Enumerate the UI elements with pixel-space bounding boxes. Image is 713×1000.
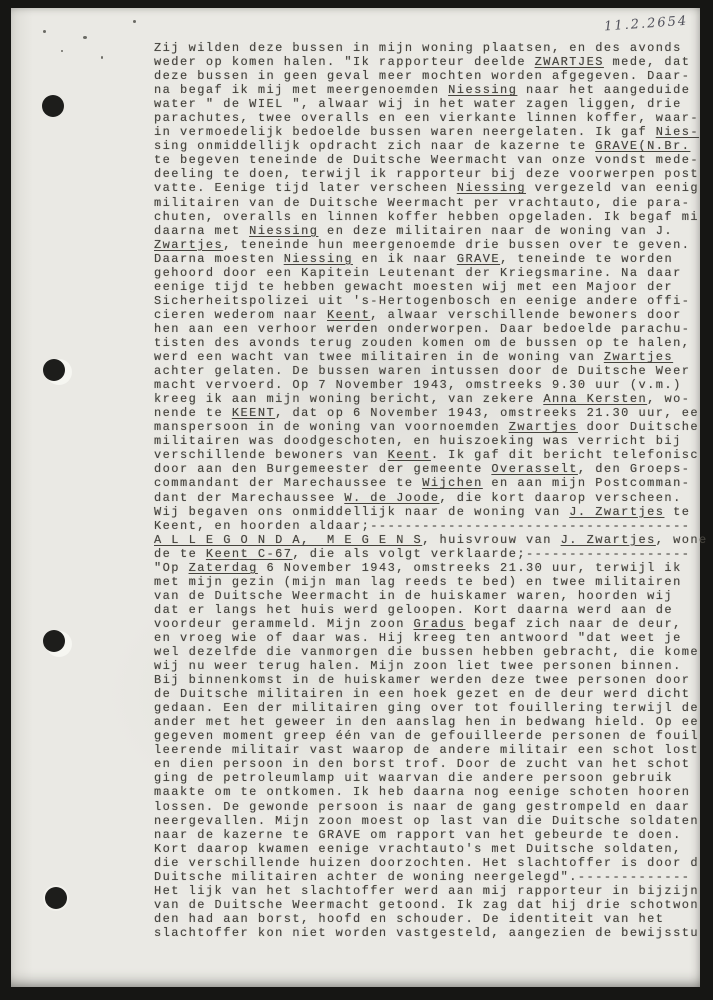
text-line: die verschillende huizen doorzochten. He… — [154, 856, 702, 870]
text-line: achter gelaten. De bussen waren intussen… — [154, 364, 702, 378]
text-line: voordeur gerammeld. Mijn zoon Gradus beg… — [154, 617, 702, 631]
handwritten-reference: 11.2.2654 — [604, 13, 705, 35]
text-line: te begeven teneinde de Duitsche Weermach… — [154, 153, 702, 167]
text-line: deze bussen in geen geval meer mochten w… — [154, 69, 702, 83]
text-line: sing onmiddellijk opdracht zich naar de … — [154, 139, 702, 153]
text-line: na begaf ik mij met meergenoemden Niessi… — [154, 83, 702, 97]
text-line: tisten des avonds terug zouden komen om … — [154, 336, 702, 350]
scanned-page: 11.2.2654 Zij wilden deze bussen in mijn… — [0, 0, 713, 1000]
text-line: A L L E G O N D A, M E G E N S, huisvrou… — [154, 533, 702, 547]
text-line: slachtoffer kon niet worden vastgesteld,… — [154, 926, 702, 940]
text-line: nende te KEENT, dat op 6 November 1943, … — [154, 406, 702, 420]
text-line: naar de kazerne te GRAVE om rapport van … — [154, 828, 702, 842]
text-line: "Op Zaterdag 6 November 1943, omstreeks … — [154, 561, 702, 575]
text-line: Bij binnenkomst in de huiskamer werden d… — [154, 673, 702, 687]
text-line: van de Duitsche Weermacht getoond. Ik za… — [154, 898, 702, 912]
text-line: den had aan borst, hoofd en schouder. De… — [154, 912, 702, 926]
text-line: ging de petroleumlamp uit waarvan die an… — [154, 771, 702, 785]
text-line: macht vervoerd. Op 7 November 1943, omst… — [154, 378, 702, 392]
text-line: gehoord door een Kapitein Leutenant der … — [154, 266, 702, 280]
text-line: wel dezelfde die vanmorgen die bussen he… — [154, 645, 702, 659]
text-line: weder op komen halen. "Ik rapporteur dee… — [154, 55, 702, 69]
text-line: kreeg ik aan mijn woning bericht, van ze… — [154, 392, 702, 406]
text-line: hen aan een verhoor werden onderworpen. … — [154, 322, 702, 336]
paper-speck — [43, 30, 46, 33]
text-line: Sicherheitspolizei uit 's-Hertogenbosch … — [154, 294, 702, 308]
text-line: militairen van de Duitsche Weermacht per… — [154, 196, 702, 210]
text-line: dant der Marechaussee W. de Joode, die k… — [154, 491, 702, 505]
punch-hole — [43, 630, 65, 652]
text-line: gegeven moment greep één van de gefouill… — [154, 729, 702, 743]
punch-hole — [43, 359, 65, 381]
paper-speck — [83, 36, 87, 39]
text-line: Zwartjes, teneinde hun meergenoemde drie… — [154, 238, 702, 252]
paper-sheet: 11.2.2654 Zij wilden deze bussen in mijn… — [11, 8, 700, 987]
text-line: neergevallen. Mijn zoon moest op last va… — [154, 814, 702, 828]
text-line: cieren wederom naar Keent, alwaar versch… — [154, 308, 702, 322]
text-line: dat er langs het huis werd geloopen. Kor… — [154, 603, 702, 617]
text-line: Het lijk van het slachtoffer werd aan mi… — [154, 884, 702, 898]
text-line: militairen was doodgeschoten, en huiszoe… — [154, 434, 702, 448]
text-line: van de Duitsche Weermacht in de huiskame… — [154, 589, 702, 603]
text-line: leerende militair vast waarop de andere … — [154, 743, 702, 757]
text-line: door aan den Burgemeester der gemeente O… — [154, 462, 702, 476]
text-line: Wij begaven ons onmiddellijk naar de won… — [154, 505, 702, 519]
text-line: Daarna moesten Niessing en ik naar GRAVE… — [154, 252, 702, 266]
paper-speck — [101, 56, 103, 59]
text-line: ander met het geweer in den aanslag hen … — [154, 715, 702, 729]
text-line: lossen. De gewonde persoon is naar de ga… — [154, 800, 702, 814]
text-line: Keent, en hoorden aldaar;---------------… — [154, 519, 702, 533]
text-line: werd een wacht van twee militairen in de… — [154, 350, 702, 364]
paper-speck — [61, 50, 63, 52]
text-line: Kort daarop kwamen eenige vrachtauto's m… — [154, 842, 702, 856]
punch-hole — [42, 95, 64, 117]
text-line: met mijn gezin (mijn man lag reeds te be… — [154, 575, 702, 589]
text-line: maakte om te ontkomen. Ik heb daarna nog… — [154, 785, 702, 799]
text-line: commandant der Marechaussee te Wijchen e… — [154, 476, 702, 490]
document-text: Zij wilden deze bussen in mijn woning pl… — [154, 41, 702, 940]
text-line: water " de WIEL ", alwaar wij in het wat… — [154, 97, 702, 111]
text-line: in vermoedelijk bedoelde bussen waren ne… — [154, 125, 702, 139]
text-line: de te Keent C-67, die als volgt verklaar… — [154, 547, 702, 561]
text-line: eenige tijd te hebben gewacht moesten wi… — [154, 280, 702, 294]
text-line: chuten, overalls en linnen koffer hebben… — [154, 210, 702, 224]
text-line: Duitsche militairen achter de woning nee… — [154, 870, 702, 884]
text-line: vatte. Eenige tijd later verscheen Niess… — [154, 181, 702, 195]
text-line: deeling te doen, terwijl ik rapporteur b… — [154, 167, 702, 181]
text-line: de Duitsche militairen in een hoek gezet… — [154, 687, 702, 701]
text-line: wij nu weer terug halen. Mijn zoon liet … — [154, 659, 702, 673]
text-line: gedaan. Een der militairen ging over tot… — [154, 701, 702, 715]
text-line: manspersoon in de woning van voornoemden… — [154, 420, 702, 434]
paper-speck — [133, 20, 136, 23]
text-line: Zij wilden deze bussen in mijn woning pl… — [154, 41, 702, 55]
text-line: en dien persoon in den borst trof. Door … — [154, 757, 702, 771]
text-line: parachutes, twee overalls en een vierkan… — [154, 111, 702, 125]
text-line: verschillende bewoners van Keent. Ik gaf… — [154, 448, 702, 462]
punch-hole — [45, 887, 67, 909]
text-line: en vroeg wie of daar was. Hij kreeg ten … — [154, 631, 702, 645]
text-line: daarna met Niessing en deze militairen n… — [154, 224, 702, 238]
